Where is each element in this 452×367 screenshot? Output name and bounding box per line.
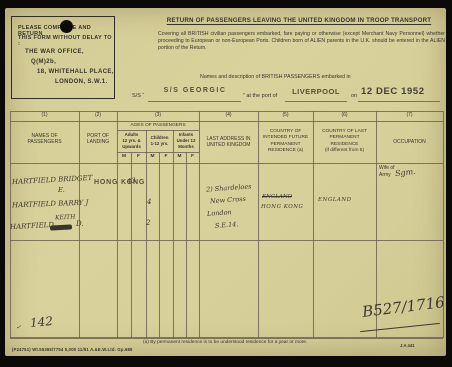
header-children-f: F [159, 154, 173, 160]
war-office-line1: THE WAR OFFICE, [25, 49, 84, 56]
ship-name-stamp: S/S GEORGIC [152, 87, 238, 94]
adults-children-line [146, 130, 147, 338]
uk-address-line3: London [207, 208, 232, 218]
form-reference: J.A 441 [400, 344, 415, 349]
header-infants-f: F [186, 154, 199, 160]
header-last-address: LAST ADDRESS IN UNITED KINGDOM [199, 137, 258, 149]
table-bottom-line [10, 337, 443, 339]
col-number-4: (4) [199, 113, 258, 119]
passenger1-initial: E. [58, 186, 65, 194]
date-rule [358, 101, 440, 102]
col-number-5: (5) [258, 113, 313, 119]
header-adults-f: F [131, 154, 146, 160]
port-rule [285, 101, 347, 102]
header-names: NAMES OF PASSENGERS [10, 134, 79, 146]
ss-label: S/S “ [132, 93, 144, 99]
header-adults: Adults 12 yrs. & Upwards [117, 132, 146, 150]
sheet-number: 142 [29, 314, 53, 330]
country-last-value: ENGLAND [318, 197, 352, 203]
passenger3-initial: D. [76, 220, 84, 228]
col-number-7: (7) [376, 113, 443, 119]
header-port: PORT OF LANDING [79, 134, 117, 146]
ages-subline1 [117, 130, 199, 131]
country-intended-value: HONG KONG [261, 204, 303, 210]
col-number-3: (3) [117, 113, 199, 119]
print-code: (P24751) Wt.55365/7754 5,000 11/51 A.&E.… [12, 348, 133, 353]
form-instructions: Covering all BRITISH civilian passengers… [158, 31, 445, 52]
tick-mark: ✓ [16, 324, 22, 332]
footnote: (a) By permanent residence is to be unde… [143, 340, 307, 346]
embarked-line: Names and description of BRITISH PASSENG… [200, 74, 351, 80]
table-numbers-line [10, 121, 443, 122]
children-infants-line [173, 130, 174, 338]
return-instruction-line2: THIS FORM WITHOUT DELAY TO : [18, 35, 114, 48]
children-mf-line [159, 152, 160, 338]
date-stamp: 12 DEC 1952 [361, 86, 425, 97]
header-adults-m: M [117, 154, 131, 160]
col-number-1: (1) [10, 113, 79, 119]
war-office-line2: Q(M)2b, [31, 59, 56, 66]
header-bottom-line [10, 163, 443, 164]
form-title: RETURN OF PASSENGERS LEAVING THE UNITED … [153, 17, 445, 24]
country-intended-struck: ENGLAND [262, 194, 292, 200]
passenger1-age: 43 [127, 177, 137, 186]
header-country-last: COUNTRY OF LAST PERMANENT RESIDENCE (if … [313, 129, 376, 155]
header-ages-title: AGES OF PASSENGERS [117, 123, 199, 129]
header-country-intended: COUNTRY OF INTENDED FUTURE PERMANENT RES… [258, 129, 313, 155]
scanned-form: PLEASE COMPLETE AND RETURN THIS FORM WIT… [0, 0, 452, 367]
passenger2-age: 4 [147, 198, 151, 206]
war-office-line4: LONDON, S.W.1. [55, 79, 108, 86]
header-occupation: OCCUPATION [376, 140, 443, 146]
hong-kong-stamp: HONG KONG [94, 179, 145, 186]
header-children-m: M [146, 154, 159, 160]
occupation-typed: Wife of Army [379, 165, 395, 178]
ship-name-rule [148, 101, 241, 102]
uk-address-line4: S.E.14. [215, 220, 239, 230]
port-of-label: ” at the port of [243, 93, 277, 99]
port-stamp: LIVERPOOL [288, 87, 344, 96]
col-number-2: (2) [79, 113, 117, 119]
header-infants: Infants Under 12 Months [173, 132, 199, 150]
passenger3-inserted-name: KEITH [55, 213, 76, 221]
punch-hole [60, 20, 73, 33]
col-number-6: (6) [313, 113, 376, 119]
header-children: Children 1-12 yrs. [146, 135, 173, 147]
passenger3-age: 2 [146, 219, 150, 227]
row-divider-line [10, 240, 443, 241]
infants-mf-line [186, 152, 187, 338]
on-label: on [351, 93, 357, 99]
header-infants-m: M [173, 154, 186, 160]
war-office-line3: 18, WHITEHALL PLACE, [37, 69, 114, 76]
